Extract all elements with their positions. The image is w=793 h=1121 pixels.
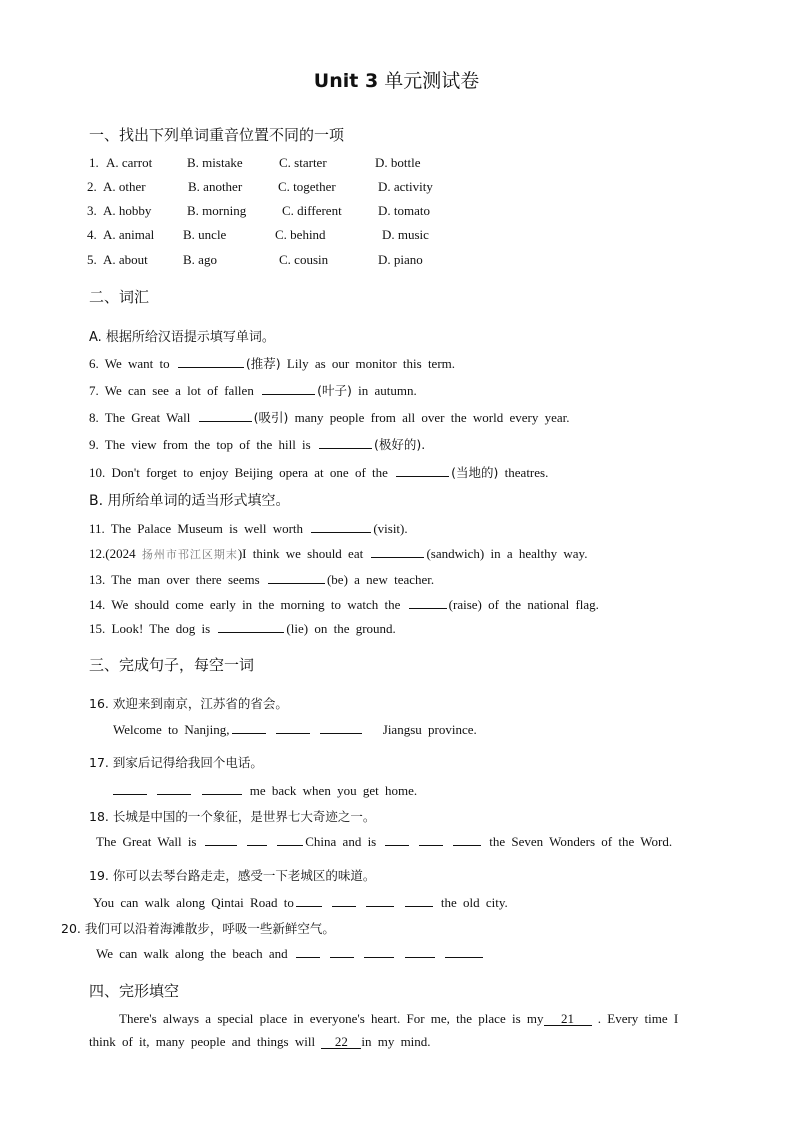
blank-22[interactable]: 22 bbox=[321, 1035, 361, 1049]
passage-text: There's always a special place in everyo… bbox=[119, 1011, 544, 1026]
question-text: 14. We should come early in the morning … bbox=[89, 597, 400, 612]
answer-blank[interactable] bbox=[199, 409, 252, 422]
question-text: You can walk along Qintai Road to bbox=[93, 895, 294, 910]
answer-blank[interactable] bbox=[218, 620, 284, 633]
option-c: C. starter bbox=[279, 155, 327, 171]
option-b: B. ago bbox=[183, 252, 217, 268]
answer-blank[interactable] bbox=[396, 464, 449, 477]
question-text: in a healthy way. bbox=[490, 546, 587, 561]
answer-blank[interactable] bbox=[445, 945, 483, 958]
answer-blank[interactable] bbox=[232, 721, 266, 734]
option-a: A. about bbox=[103, 252, 148, 268]
title-test: 单元测试卷 bbox=[384, 70, 479, 92]
passage-text: in my mind. bbox=[361, 1034, 430, 1049]
option-c: C. behind bbox=[275, 227, 326, 243]
answer-blank[interactable] bbox=[178, 355, 244, 368]
answer-blank[interactable] bbox=[276, 721, 310, 734]
question-11: 11. The Palace Museum is well worth (vis… bbox=[89, 520, 408, 537]
question-text: The Great Wall is bbox=[96, 834, 197, 849]
hint: (lie) bbox=[286, 621, 308, 636]
option-d: D. bottle bbox=[375, 155, 421, 171]
passage-text: think of it, many people and things will bbox=[89, 1034, 315, 1049]
question-number: 5. bbox=[87, 252, 97, 268]
hint: (吸引) bbox=[254, 410, 289, 425]
option-d: D. piano bbox=[378, 252, 423, 268]
question-text: 11. The Palace Museum is well worth bbox=[89, 521, 303, 536]
hint: (sandwich) bbox=[426, 546, 484, 561]
question-number: 4. bbox=[87, 227, 97, 243]
question-text: 6. We want to bbox=[89, 356, 170, 371]
question-text: 9. The view from the top of the hill is bbox=[89, 437, 311, 452]
question-17-chinese: 17. 到家后记得给我回个电话。 bbox=[89, 753, 263, 771]
question-number: 2. bbox=[87, 179, 97, 195]
answer-blank[interactable] bbox=[371, 545, 424, 558]
answer-blank[interactable] bbox=[405, 894, 433, 907]
title-unit: Unit 3 bbox=[314, 70, 378, 92]
question-text: 13. The man over there seems bbox=[89, 572, 260, 587]
question-text: the old city. bbox=[441, 895, 508, 910]
option-c: C. cousin bbox=[279, 252, 328, 268]
question-20-chinese: 20. 我们可以沿着海滩散步，呼吸一些新鲜空气。 bbox=[61, 919, 335, 937]
question-number: 1. bbox=[89, 155, 99, 171]
question-text: We can walk along the beach and bbox=[96, 946, 288, 961]
question-text: 10. Don't forget to enjoy Beijing opera … bbox=[89, 465, 388, 480]
question-15: 15. Look! The dog is (lie) on the ground… bbox=[89, 620, 396, 637]
answer-blank[interactable] bbox=[385, 833, 409, 846]
cloze-line-1: There's always a special place in everyo… bbox=[119, 1011, 678, 1027]
option-a: A. other bbox=[103, 179, 146, 195]
answer-blank[interactable] bbox=[247, 833, 267, 846]
question-16-english: Welcome to Nanjing, Jiangsu province. bbox=[113, 721, 477, 738]
option-b: B. another bbox=[188, 179, 242, 195]
answer-blank[interactable] bbox=[268, 571, 325, 584]
question-text: Welcome to Nanjing, bbox=[113, 722, 230, 737]
answer-blank[interactable] bbox=[453, 833, 481, 846]
exam-page: Unit 3单元测试卷 一、找出下列单词重音位置不同的一项 1. A. carr… bbox=[0, 0, 793, 1121]
option-c: C. together bbox=[278, 179, 336, 195]
section-4-heading: 四、完形填空 bbox=[89, 980, 179, 1001]
question-18-english: The Great Wall is China and is the Seven… bbox=[96, 833, 672, 850]
option-a: A. hobby bbox=[103, 203, 151, 219]
option-c: C. different bbox=[282, 203, 342, 219]
question-19-english: You can walk along Qintai Road to the ol… bbox=[93, 894, 508, 911]
question-text: in autumn. bbox=[358, 383, 417, 398]
blank-21[interactable]: 21 bbox=[544, 1012, 592, 1026]
answer-blank[interactable] bbox=[113, 782, 147, 795]
answer-blank[interactable] bbox=[296, 945, 320, 958]
question-number: 3. bbox=[87, 203, 97, 219]
answer-blank[interactable] bbox=[332, 894, 356, 907]
page-title: Unit 3单元测试卷 bbox=[0, 66, 793, 93]
section-3-heading: 三、完成句子，每空一词 bbox=[89, 654, 254, 675]
question-text: Lily as our monitor this term. bbox=[287, 356, 455, 371]
answer-blank[interactable] bbox=[366, 894, 394, 907]
section-2-heading: 二、词汇 bbox=[89, 286, 149, 307]
question-8: 8. The Great Wall (吸引) many people from … bbox=[89, 408, 570, 426]
option-a: A. animal bbox=[103, 227, 154, 243]
question-7: 7. We can see a lot of fallen (叶子) in au… bbox=[89, 381, 417, 399]
answer-blank[interactable] bbox=[262, 382, 315, 395]
question-14: 14. We should come early in the morning … bbox=[89, 596, 599, 613]
hint: (叶子) bbox=[317, 383, 352, 398]
answer-blank[interactable] bbox=[296, 894, 322, 907]
question-18-chinese: 18. 长城是中国的一个象征，是世界七大奇迹之一。 bbox=[89, 807, 375, 825]
question-13: 13. The man over there seems (be) a new … bbox=[89, 571, 434, 588]
answer-blank[interactable] bbox=[405, 945, 435, 958]
part-b-instruction: B. 用所给单词的适当形式填空。 bbox=[89, 490, 290, 510]
cloze-line-2: think of it, many people and things will… bbox=[89, 1034, 431, 1050]
answer-blank[interactable] bbox=[409, 596, 447, 609]
question-text: of the national flag. bbox=[488, 597, 599, 612]
answer-blank[interactable] bbox=[157, 782, 191, 795]
question-number: 12.(2024 bbox=[89, 546, 136, 561]
answer-blank[interactable] bbox=[202, 782, 242, 795]
hint: (当地的) bbox=[451, 465, 498, 480]
hint: (极好的). bbox=[374, 437, 425, 452]
question-text: 15. Look! The dog is bbox=[89, 621, 210, 636]
question-text: 8. The Great Wall bbox=[89, 410, 190, 425]
answer-blank[interactable] bbox=[364, 945, 394, 958]
question-text: many people from all over the world ever… bbox=[295, 410, 570, 425]
option-d: D. activity bbox=[378, 179, 433, 195]
question-text: the Seven Wonders of the Word. bbox=[489, 834, 672, 849]
hint: (visit). bbox=[373, 521, 407, 536]
answer-blank[interactable] bbox=[330, 945, 354, 958]
question-16-chinese: 16. 欢迎来到南京，江苏省的省会。 bbox=[89, 694, 288, 712]
question-12: 12.(2024 扬州市邗江区期末)I think we should eat … bbox=[89, 545, 587, 562]
question-text: )I think we should eat bbox=[238, 546, 363, 561]
option-b: B. uncle bbox=[183, 227, 226, 243]
question-text: a new teacher. bbox=[354, 572, 434, 587]
section-1-heading: 一、找出下列单词重音位置不同的一项 bbox=[89, 124, 344, 145]
question-20-english: We can walk along the beach and bbox=[96, 945, 485, 962]
question-text: China and is bbox=[305, 834, 376, 849]
question-text: Jiangsu province. bbox=[383, 722, 477, 737]
option-b: B. mistake bbox=[187, 155, 243, 171]
option-d: D. music bbox=[382, 227, 429, 243]
answer-blank[interactable] bbox=[419, 833, 443, 846]
hint: (raise) bbox=[449, 597, 482, 612]
question-17-english: me back when you get home. bbox=[111, 782, 417, 799]
option-b: B. morning bbox=[187, 203, 246, 219]
option-d: D. tomato bbox=[378, 203, 430, 219]
question-text: on the ground. bbox=[314, 621, 395, 636]
hint: (be) bbox=[327, 572, 348, 587]
question-text: me back when you get home. bbox=[250, 783, 417, 798]
question-source: 扬州市邗江区期末 bbox=[142, 548, 238, 561]
option-a: A. carrot bbox=[106, 155, 152, 171]
part-a-instruction: A. 根据所给汉语提示填写单词。 bbox=[89, 326, 275, 345]
hint: (推荐) bbox=[246, 356, 281, 371]
answer-blank[interactable] bbox=[277, 833, 303, 846]
question-9: 9. The view from the top of the hill is … bbox=[89, 435, 425, 453]
question-10: 10. Don't forget to enjoy Beijing opera … bbox=[89, 463, 548, 481]
answer-blank[interactable] bbox=[311, 520, 371, 533]
answer-blank[interactable] bbox=[320, 721, 362, 734]
question-19-chinese: 19. 你可以去琴台路走走，感受一下老城区的味道。 bbox=[89, 866, 375, 884]
question-text: theatres. bbox=[505, 465, 549, 480]
answer-blank[interactable] bbox=[205, 833, 237, 846]
question-text: 7. We can see a lot of fallen bbox=[89, 383, 254, 398]
question-6: 6. We want to (推荐) Lily as our monitor t… bbox=[89, 354, 455, 372]
passage-text: . Every time I bbox=[598, 1011, 678, 1026]
answer-blank[interactable] bbox=[319, 436, 372, 449]
